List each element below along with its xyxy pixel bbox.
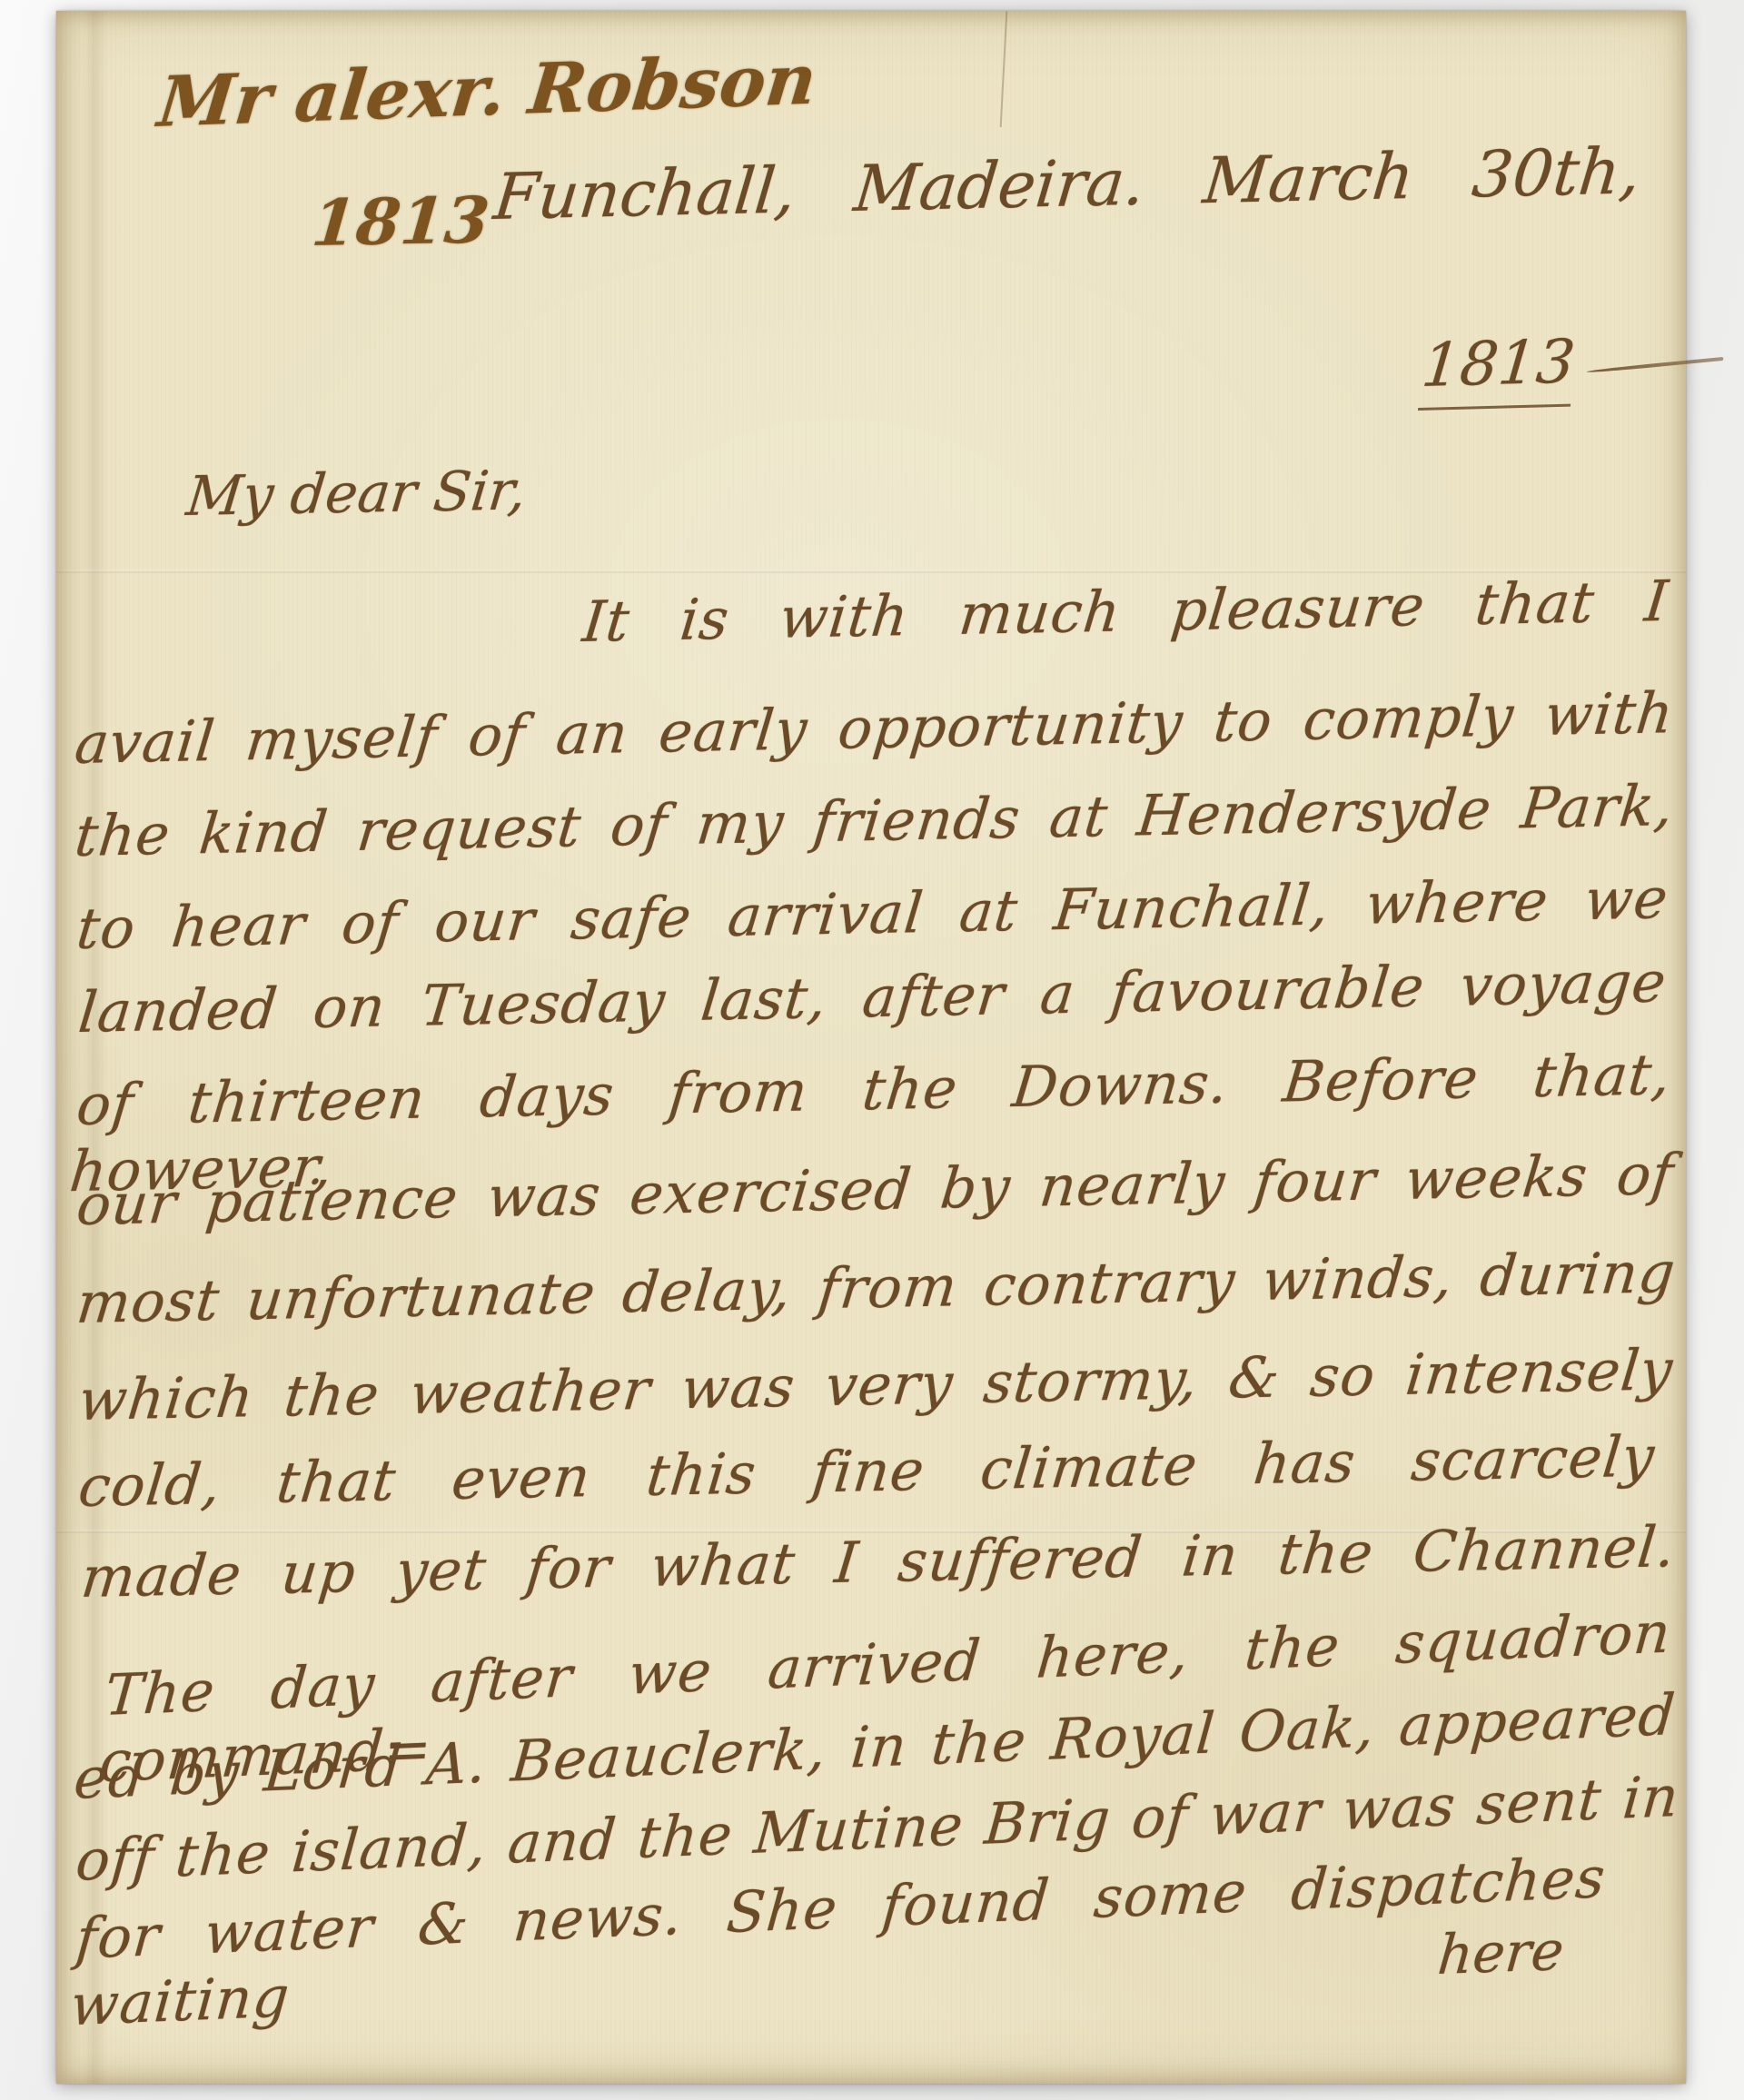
docket-recipient-name: Mr alexr. Robson: [154, 38, 820, 143]
letter-paper: Mr alexr. Robson 1813 Funchall, Madeira.…: [56, 11, 1686, 2084]
flourish-dash: [1587, 357, 1724, 373]
salutation: My dear Sir,: [183, 459, 530, 529]
body-line-6: of thirteen days from the Downs. Before …: [73, 1041, 1674, 1148]
body-line-10: cold, that even this fine climate has sc…: [74, 1423, 1658, 1530]
body-line-8: most unfortunate delay, from contrary wi…: [73, 1239, 1679, 1346]
body-line-2: avail myself of an early opportunity to …: [71, 679, 1677, 787]
photo-of-letter: { "photo": { "background_color": "#e9e9e…: [0, 0, 1744, 2100]
paper-crack: [1000, 11, 1008, 127]
body-line-3: the kind request of my friends at Hender…: [71, 772, 1677, 879]
dateline-year: 1813: [1419, 322, 1727, 401]
catchword: here: [1435, 1919, 1566, 1987]
docket-year: 1813: [309, 182, 492, 261]
body-line-11: made up yet for what I suffered in the C…: [77, 1513, 1679, 1620]
body-line-1: It is with much pleasure that I: [579, 568, 1671, 665]
dateline-year-text: 1813: [1418, 326, 1578, 411]
dateline-place-date: Funchall, Madeira. March 30th,: [490, 134, 1644, 234]
